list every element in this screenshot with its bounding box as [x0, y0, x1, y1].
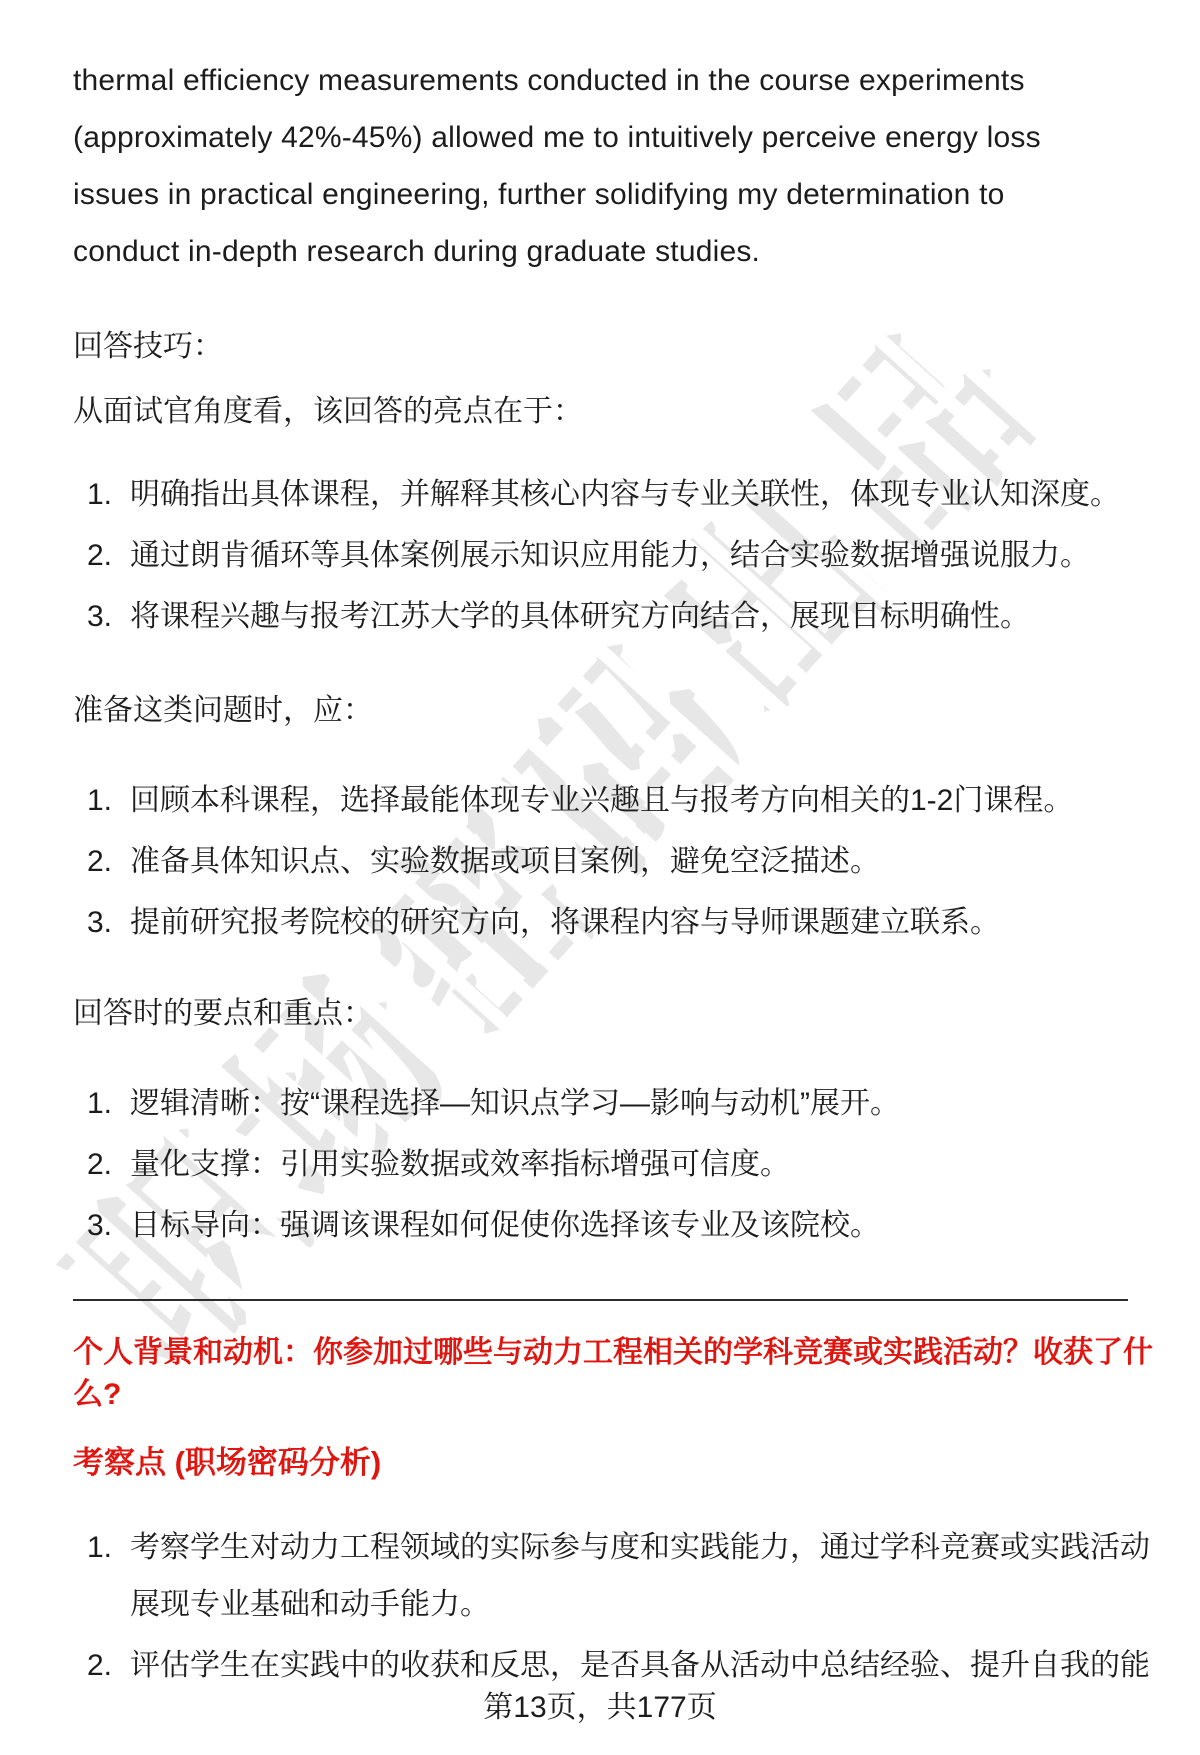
item-text: 评估学生在实践中的收获和反思，是否具备从活动中总结经验、提升自我的能	[130, 1637, 1150, 1694]
document-body: thermal efficiency measurements conducte…	[0, 0, 1200, 1755]
exam-points-subheading: 考察点 (职场密码分析)	[73, 1440, 1128, 1486]
page-footer: 第13页，共177页	[0, 1691, 1200, 1725]
item-text: 量化支撑：引用实验数据或效率指标增强可信度。	[130, 1136, 790, 1193]
section-divider	[73, 1299, 1128, 1301]
item-text: 目标导向：强调该课程如何促使你选择该专业及该院校。	[130, 1197, 880, 1254]
list-item: 3. 提前研究报考院校的研究方向，将课程内容与导师课题建立联系。	[87, 894, 1128, 951]
question-title: 个人背景和动机：你参加过哪些与动力工程相关的学科竞赛或实践活动？收获了什 么?	[73, 1332, 1128, 1416]
preparation-list: 1. 回顾本科课程，选择最能体现专业兴趣且与报考方向相关的1-2门课程。 2. …	[73, 772, 1128, 951]
english-line: issues in practical engineering, further…	[73, 166, 1128, 223]
list-item: 1. 逻辑清晰：按“课程选择—知识点学习—影响与动机”展开。	[87, 1075, 1128, 1132]
item-text: 逻辑清晰：按“课程选择—知识点学习—影响与动机”展开。	[130, 1075, 900, 1132]
item-text: 通过朗肯循环等具体案例展示知识应用能力，结合实验数据增强说服力。	[130, 527, 1090, 584]
item-text: 将课程兴趣与报考江苏大学的具体研究方向结合，展现目标明确性。	[130, 588, 1030, 645]
answer-tips-intro: 从面试官角度看，该回答的亮点在于：	[73, 383, 1128, 440]
preparation-heading: 准备这类问题时，应：	[73, 682, 1128, 739]
list-item: 3. 将课程兴趣与报考江苏大学的具体研究方向结合，展现目标明确性。	[87, 588, 1128, 645]
item-number: 2.	[87, 1637, 130, 1694]
key-points-list: 1. 逻辑清晰：按“课程选择—知识点学习—影响与动机”展开。 2. 量化支撑：引…	[73, 1075, 1128, 1254]
item-text: 回顾本科课程，选择最能体现专业兴趣且与报考方向相关的1-2门课程。	[130, 772, 1073, 829]
list-item: 2. 量化支撑：引用实验数据或效率指标增强可信度。	[87, 1136, 1128, 1193]
item-text: 明确指出具体课程，并解释其核心内容与专业关联性，体现专业认知深度。	[130, 466, 1120, 523]
list-item: 1. 考察学生对动力工程领域的实际参与度和实践能力，通过学科竞赛或实践活动 展现…	[87, 1519, 1128, 1633]
list-item: 2. 评估学生在实践中的收获和反思，是否具备从活动中总结经验、提升自我的能	[87, 1637, 1128, 1694]
list-item: 2. 准备具体知识点、实验数据或项目案例，避免空泛描述。	[87, 833, 1128, 890]
answer-tips-list: 1. 明确指出具体课程，并解释其核心内容与专业关联性，体现专业认知深度。 2. …	[73, 466, 1128, 645]
question-title-line: 么?	[73, 1374, 1128, 1416]
document-page: 职场密码出品 thermal efficiency measurements c…	[0, 0, 1200, 1755]
item-number: 2.	[87, 833, 130, 890]
item-number: 3.	[87, 894, 130, 951]
item-number: 1.	[87, 772, 130, 829]
english-line: thermal efficiency measurements conducte…	[73, 52, 1128, 109]
question-title-line: 个人背景和动机：你参加过哪些与动力工程相关的学科竞赛或实践活动？收获了什	[73, 1332, 1128, 1374]
exam-points-list: 1. 考察学生对动力工程领域的实际参与度和实践能力，通过学科竞赛或实践活动 展现…	[73, 1519, 1128, 1694]
item-number: 3.	[87, 1197, 130, 1254]
item-text-line: 展现专业基础和动手能力。	[130, 1576, 1150, 1633]
item-number: 3.	[87, 588, 130, 645]
item-number: 1.	[87, 1519, 130, 1576]
item-text: 准备具体知识点、实验数据或项目案例，避免空泛描述。	[130, 833, 880, 890]
english-line: conduct in-depth research during graduat…	[73, 223, 1128, 280]
item-number: 2.	[87, 527, 130, 584]
item-number: 1.	[87, 466, 130, 523]
key-points-heading: 回答时的要点和重点：	[73, 985, 1128, 1042]
item-text-line: 考察学生对动力工程领域的实际参与度和实践能力，通过学科竞赛或实践活动	[130, 1519, 1150, 1576]
item-text-line: 评估学生在实践中的收获和反思，是否具备从活动中总结经验、提升自我的能	[130, 1637, 1150, 1694]
answer-tips-heading: 回答技巧：	[73, 318, 1128, 375]
item-number: 2.	[87, 1136, 130, 1193]
list-item: 1. 回顾本科课程，选择最能体现专业兴趣且与报考方向相关的1-2门课程。	[87, 772, 1128, 829]
item-number: 1.	[87, 1075, 130, 1132]
list-item: 2. 通过朗肯循环等具体案例展示知识应用能力，结合实验数据增强说服力。	[87, 527, 1128, 584]
item-text: 考察学生对动力工程领域的实际参与度和实践能力，通过学科竞赛或实践活动 展现专业基…	[130, 1519, 1150, 1633]
list-item: 1. 明确指出具体课程，并解释其核心内容与专业关联性，体现专业认知深度。	[87, 466, 1128, 523]
english-paragraph: thermal efficiency measurements conducte…	[73, 52, 1128, 280]
list-item: 3. 目标导向：强调该课程如何促使你选择该专业及该院校。	[87, 1197, 1128, 1254]
item-text: 提前研究报考院校的研究方向，将课程内容与导师课题建立联系。	[130, 894, 1000, 951]
english-line: (approximately 42%-45%) allowed me to in…	[73, 109, 1128, 166]
